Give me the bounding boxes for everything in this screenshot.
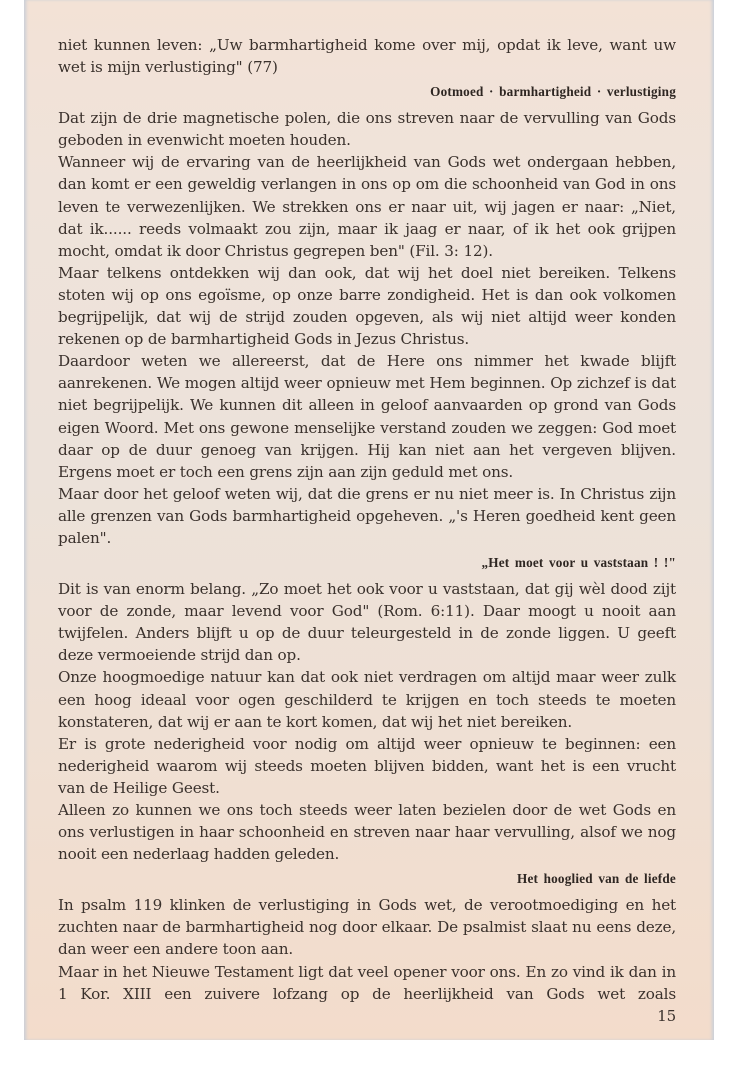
- section-heading-vaststaan: „Het moet voor u vaststaan ! !": [58, 553, 676, 573]
- section-heading-hooglied: Het hooglied van de liefde: [58, 869, 676, 889]
- book-page: niet kunnen leven: „Uw barmhartigheid ko…: [24, 0, 714, 1040]
- paragraph: Dit is van enorm belang. „Zo moet het oo…: [58, 578, 676, 666]
- paragraph-continuation: niet kunnen leven: „Uw barmhartigheid ko…: [58, 34, 676, 78]
- paragraph: Onze hoogmoedige natuur kan dat ook niet…: [58, 666, 676, 732]
- scanned-page-viewer: niet kunnen leven: „Uw barmhartigheid ko…: [0, 0, 738, 1068]
- paragraph: Wanneer wij de ervaring van de heerlijkh…: [58, 151, 676, 261]
- paragraph-continues: Maar in het Nieuwe Testament ligt dat ve…: [58, 961, 676, 1005]
- page-number: 15: [58, 1005, 676, 1027]
- paragraph: Daardoor weten we allereerst, dat de Her…: [58, 350, 676, 483]
- paragraph: Maar telkens ontdekken wij dan ook, dat …: [58, 262, 676, 350]
- paragraph: Alleen zo kunnen we ons toch steeds weer…: [58, 799, 676, 865]
- section-heading-ootmoed: Ootmoed · barmhartigheid · verlustiging: [58, 82, 676, 102]
- paragraph: Er is grote nederigheid voor nodig om al…: [58, 733, 676, 799]
- paragraph: Dat zijn de drie magnetische polen, die …: [58, 107, 676, 151]
- paragraph: In psalm 119 klinken de verlustiging in …: [58, 894, 676, 960]
- page-text: niet kunnen leven: „Uw barmhartigheid ko…: [58, 34, 676, 1027]
- paragraph: Maar door het geloof weten wij, dat die …: [58, 483, 676, 549]
